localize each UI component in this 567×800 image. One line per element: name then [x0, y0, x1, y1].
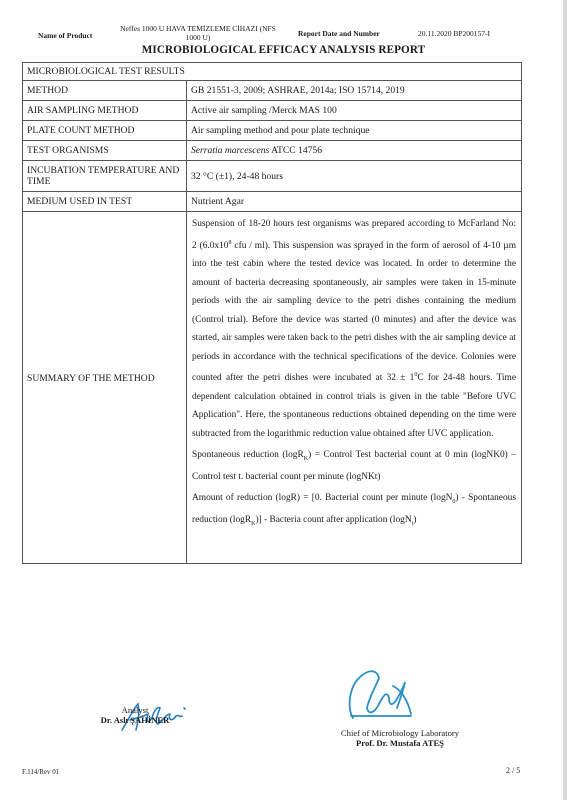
page-edge — [563, 0, 567, 800]
table-row: AIR SAMPLING METHOD Active air sampling … — [23, 101, 522, 121]
analyst-name: Dr. Aslı ŞAHİNER — [80, 715, 190, 726]
product-value: Neffes 1000 U HAVA TEMİZLEME CİHAZI (NFS… — [118, 24, 278, 42]
chief-signature-icon — [345, 668, 417, 724]
product-label: Name of Product — [38, 31, 92, 40]
report-date-label: Report Date and Number — [298, 29, 380, 38]
row-value: Air sampling method and pour plate techn… — [187, 121, 522, 141]
table-section-header: MICROBIOLOGICAL TEST RESULTS — [23, 63, 522, 81]
form-code: F.114/Rev 01 — [22, 768, 59, 776]
summary-paragraph: Suspension of 18-20 hours test organisms… — [192, 215, 516, 443]
chief-signature-block: Chief of Microbiology Laboratory Prof. D… — [320, 728, 480, 749]
section-header-cell: MICROBIOLOGICAL TEST RESULTS — [23, 63, 522, 81]
analyst-signature-block: Analyst Dr. Aslı ŞAHİNER — [80, 705, 190, 726]
row-key: MEDIUM USED IN TEST — [23, 192, 187, 212]
row-key: SUMMARY OF THE METHOD — [23, 212, 187, 564]
organism-strain: ATCC 14756 — [269, 145, 322, 156]
page-number: 2 / 5 — [506, 766, 520, 775]
row-value: Nutrient Agar — [187, 192, 522, 212]
analyst-role: Analyst — [80, 705, 190, 715]
row-value: Active air sampling /Merck MAS 100 — [187, 101, 522, 121]
results-table: MICROBIOLOGICAL TEST RESULTS METHOD GB 2… — [22, 62, 522, 564]
chief-role: Chief of Microbiology Laboratory — [320, 728, 480, 738]
table-row: METHOD GB 21551-3, 2009; ASHRAE, 2014a; … — [23, 81, 522, 101]
row-key: TEST ORGANISMS — [23, 141, 187, 161]
table-row: INCUBATION TEMPERATURE AND TIME 32 °C (±… — [23, 161, 522, 192]
row-key: AIR SAMPLING METHOD — [23, 101, 187, 121]
summary-text: Suspension of 18-20 hours test organisms… — [187, 212, 522, 564]
row-value: GB 21551-3, 2009; ASHRAE, 2014a; ISO 157… — [187, 81, 522, 101]
row-key: PLATE COUNT METHOD — [23, 121, 187, 141]
organism-name: Serratia marcescens — [191, 145, 269, 156]
row-key: METHOD — [23, 81, 187, 101]
row-value: Serratia marcescens ATCC 14756 — [187, 141, 522, 161]
report-title: MICROBIOLOGICAL EFFICACY ANALYSIS REPORT — [0, 44, 567, 56]
table-row: TEST ORGANISMS Serratia marcescens ATCC … — [23, 141, 522, 161]
table-row: PLATE COUNT METHOD Air sampling method a… — [23, 121, 522, 141]
row-value: 32 °C (±1), 24-48 hours — [187, 161, 522, 192]
chief-name: Prof. Dr. Mustafa ATEŞ — [320, 738, 480, 749]
row-key: INCUBATION TEMPERATURE AND TIME — [23, 161, 187, 192]
report-date-value: 20.11.2020 BP200157-I — [418, 29, 490, 38]
formula-amount-of-reduction: Amount of reduction (logR) = [0. Bacteri… — [192, 489, 516, 533]
table-row: MEDIUM USED IN TEST Nutrient Agar — [23, 192, 522, 212]
document-header: Name of Product Neffes 1000 U HAVA TEMİZ… — [0, 22, 567, 44]
table-row-summary: SUMMARY OF THE METHOD Suspension of 18-2… — [23, 212, 522, 564]
formula-spontaneous-reduction: Spontaneous reduction (logRK) = Control … — [192, 446, 516, 486]
